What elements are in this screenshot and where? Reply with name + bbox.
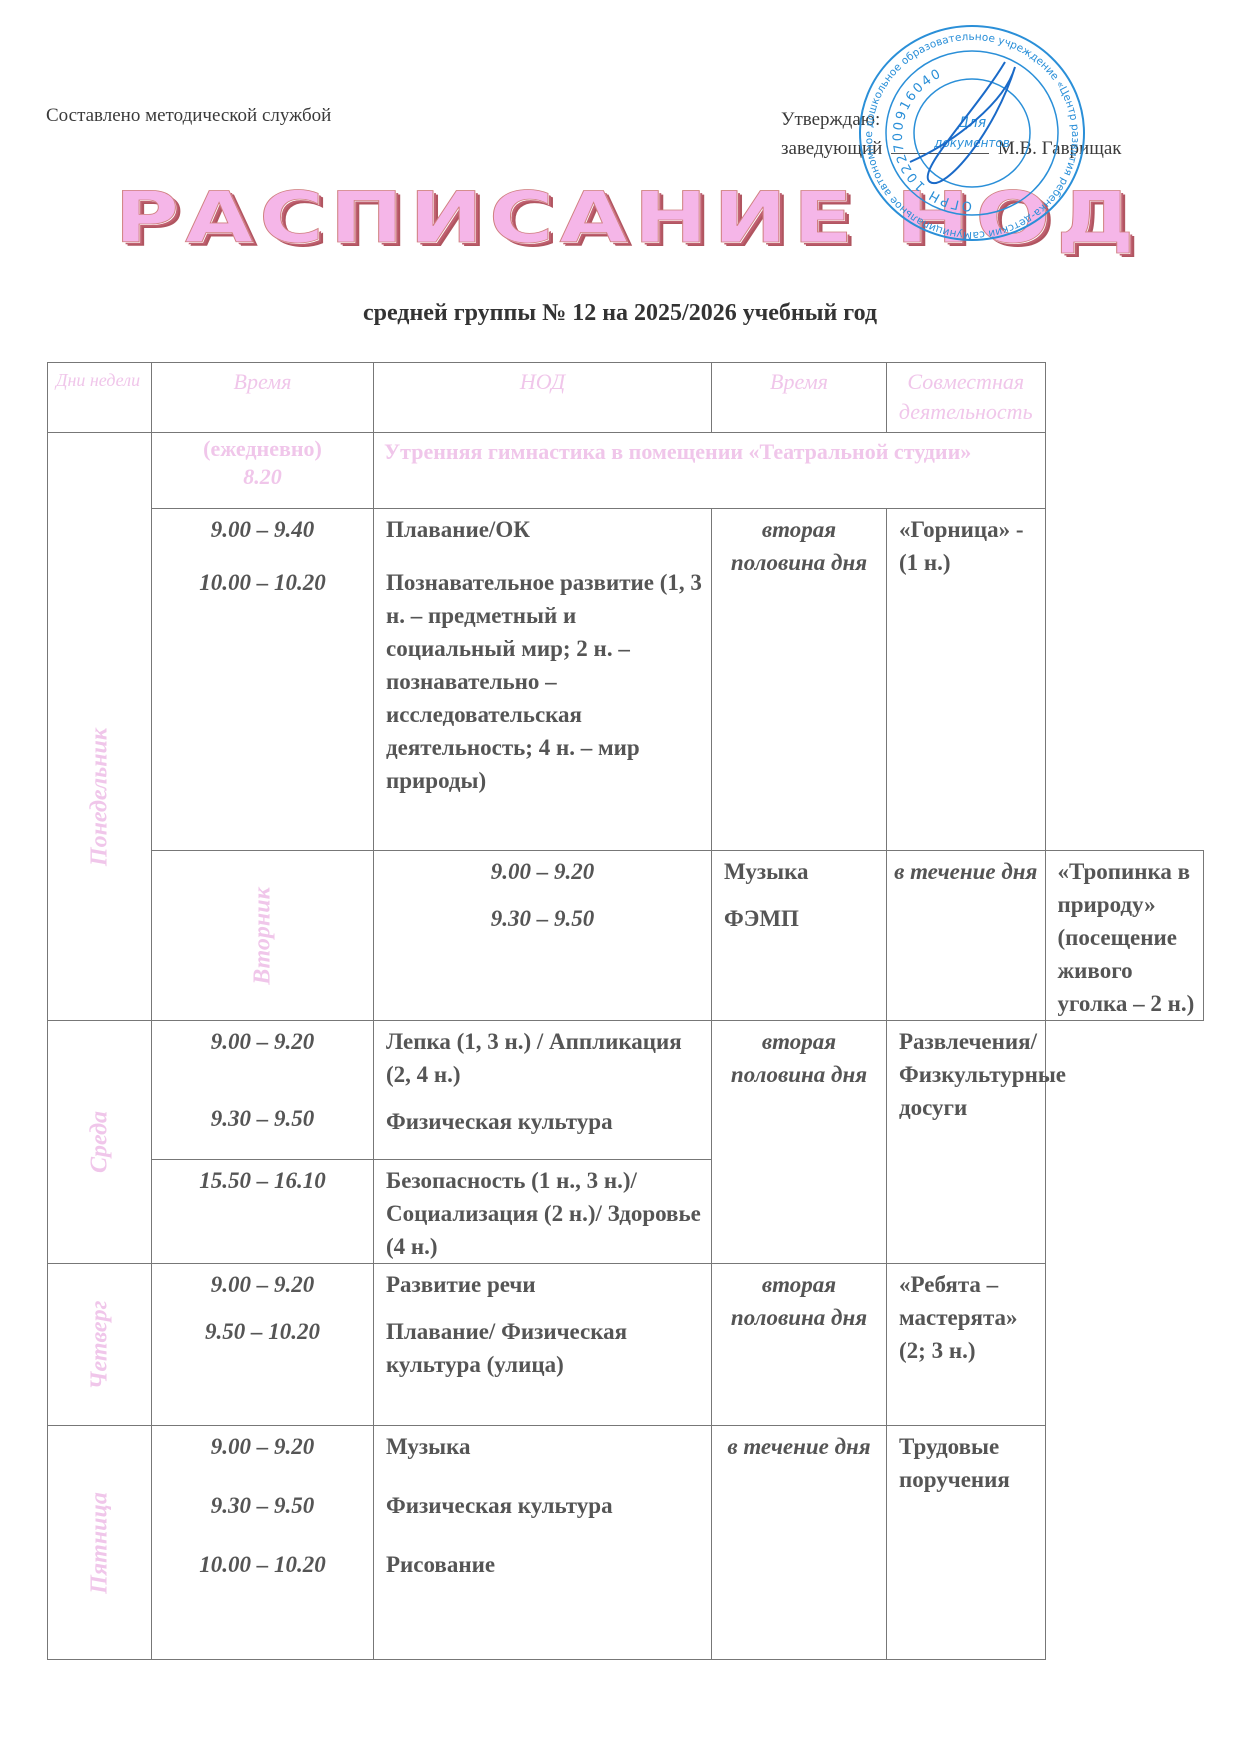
time-slot: 9.00 – 9.40 — [152, 513, 373, 546]
page-title-banner: РАСПИСАНИЕ НОД — [40, 186, 1215, 250]
approver-position: заведующий — [781, 138, 882, 159]
table-row-tuesday: Вторник 9.00 – 9.20 9.30 – 9.50 Музыка Ф… — [48, 851, 1204, 1021]
header-time: Время — [152, 363, 374, 433]
signature-line — [891, 153, 989, 154]
activity: Физическая культура — [386, 1489, 703, 1522]
friday-when: в течение дня — [712, 1426, 887, 1660]
wednesday-joint: Развлечения/ Физкультурные досуги — [887, 1021, 1046, 1264]
day-label-tuesday: Вторник — [249, 887, 276, 985]
daily-row: Понедельник (ежедневно) 8.20 Утренняя ги… — [48, 433, 1204, 509]
table-row-wednesday: Среда 9.00 – 9.20 9.30 – 9.50 Лепка (1, … — [48, 1021, 1204, 1160]
header-nod: НОД — [374, 363, 712, 433]
daily-time: (ежедневно) 8.20 — [152, 433, 374, 509]
activity: Познавательное развитие (1, 3 н. – предм… — [386, 566, 703, 797]
wednesday-extra-activity: Безопасность (1 н., 3 н.)/Социализация (… — [374, 1160, 712, 1264]
time-slot: 9.30 – 9.50 — [374, 902, 711, 935]
monday-when: вторая половина дня — [712, 509, 887, 851]
table-header-row: Дни недели Время НОД Время Совместная де… — [48, 363, 1204, 433]
wednesday-extra-time: 15.50 – 16.10 — [152, 1160, 374, 1264]
tuesday-times: 9.00 – 9.20 9.30 – 9.50 — [374, 851, 712, 1021]
schedule-table: Дни недели Время НОД Время Совместная де… — [47, 362, 1204, 1660]
activity: ФЭМП — [724, 902, 878, 935]
time-slot: 9.00 – 9.20 — [152, 1025, 373, 1058]
friday-activities: Музыка Физическая культура Рисование — [374, 1426, 712, 1660]
activity: Развитие речи — [386, 1268, 703, 1301]
time-slot: 10.00 – 10.20 — [152, 1548, 373, 1581]
daily-activity: Утренняя гимнастика в помещении «Театрал… — [374, 433, 1046, 509]
activity: Плавание/ Физическая культура (улица) — [386, 1315, 703, 1381]
wednesday-activities: Лепка (1, 3 н.) / Аппликация (2, 4 н.) Ф… — [374, 1021, 712, 1160]
day-label-wednesday: Среда — [86, 1111, 113, 1173]
time-slot: 9.00 – 9.20 — [374, 855, 711, 888]
table-row-monday: 9.00 – 9.40 10.00 – 10.20 Плавание/ОК По… — [48, 509, 1204, 851]
day-cell-friday: Пятница — [48, 1426, 152, 1660]
activity: Рисование — [386, 1548, 703, 1581]
wednesday-times: 9.00 – 9.20 9.30 – 9.50 — [152, 1021, 374, 1160]
time-slot: 9.50 – 10.20 — [152, 1315, 373, 1348]
day-cell-wednesday: Среда — [48, 1021, 152, 1264]
day-cell-monday: Понедельник — [48, 433, 152, 1021]
thursday-joint: «Ребята – мастерята» (2; 3 н.) — [887, 1264, 1046, 1426]
time-slot: 9.00 – 9.20 — [152, 1430, 373, 1463]
time-slot: 9.30 – 9.50 — [152, 1102, 373, 1135]
approval-block: Утверждаю: заведующий М.В. Гаврищак — [781, 105, 1122, 163]
header-days: Дни недели — [48, 363, 152, 433]
approver-name: М.В. Гаврищак — [998, 138, 1122, 159]
tuesday-when: в течение дня — [887, 851, 1046, 1021]
daily-time-value: 8.20 — [152, 463, 373, 491]
thursday-times: 9.00 – 9.20 9.50 – 10.20 — [152, 1264, 374, 1426]
thursday-activities: Развитие речи Плавание/ Физическая культ… — [374, 1264, 712, 1426]
tuesday-activities: Музыка ФЭМП — [712, 851, 887, 1021]
daily-label: (ежедневно) — [152, 435, 373, 463]
activity: Лепка (1, 3 н.) / Аппликация (2, 4 н.) — [386, 1025, 703, 1091]
wednesday-when: вторая половина дня — [712, 1021, 887, 1264]
approver-line: заведующий М.В. Гаврищак — [781, 134, 1122, 163]
day-label-friday: Пятница — [86, 1492, 113, 1594]
monday-joint: «Горница» - (1 н.) — [887, 509, 1046, 851]
time-slot: 15.50 – 16.10 — [152, 1164, 373, 1197]
tuesday-joint: «Тропинка в природу» (посещение живого у… — [1045, 851, 1204, 1021]
header-joint-activity: Совместная деятельность — [887, 363, 1046, 433]
header-time2: Время — [712, 363, 887, 433]
monday-activities: Плавание/ОК Познавательное развитие (1, … — [374, 509, 712, 851]
page-subtitle: средней группы № 12 на 2025/2026 учебный… — [0, 300, 1240, 327]
day-cell-tuesday: Вторник — [152, 851, 374, 1021]
approve-label: Утверждаю: — [781, 105, 1122, 134]
time-slot: 10.00 – 10.20 — [152, 566, 373, 599]
friday-times: 9.00 – 9.20 9.30 – 9.50 10.00 – 10.20 — [152, 1426, 374, 1660]
activity: Плавание/ОК — [386, 513, 703, 546]
monday-times: 9.00 – 9.40 10.00 – 10.20 — [152, 509, 374, 851]
activity: Музыка — [724, 855, 878, 888]
compiled-by-note: Составлено методической службой — [46, 105, 331, 127]
day-label-thursday: Четверг — [86, 1300, 113, 1389]
activity: Музыка — [386, 1430, 703, 1463]
thursday-when: вторая половина дня — [712, 1264, 887, 1426]
time-slot: 9.30 – 9.50 — [152, 1489, 373, 1522]
time-slot: 9.00 – 9.20 — [152, 1268, 373, 1301]
friday-joint: Трудовые поручения — [887, 1426, 1046, 1660]
activity: Физическая культура — [386, 1105, 703, 1138]
table-row-thursday: Четверг 9.00 – 9.20 9.50 – 10.20 Развити… — [48, 1264, 1204, 1426]
day-cell-thursday: Четверг — [48, 1264, 152, 1426]
day-label-monday: Понедельник — [86, 728, 113, 866]
table-row-friday: Пятница 9.00 – 9.20 9.30 – 9.50 10.00 – … — [48, 1426, 1204, 1660]
